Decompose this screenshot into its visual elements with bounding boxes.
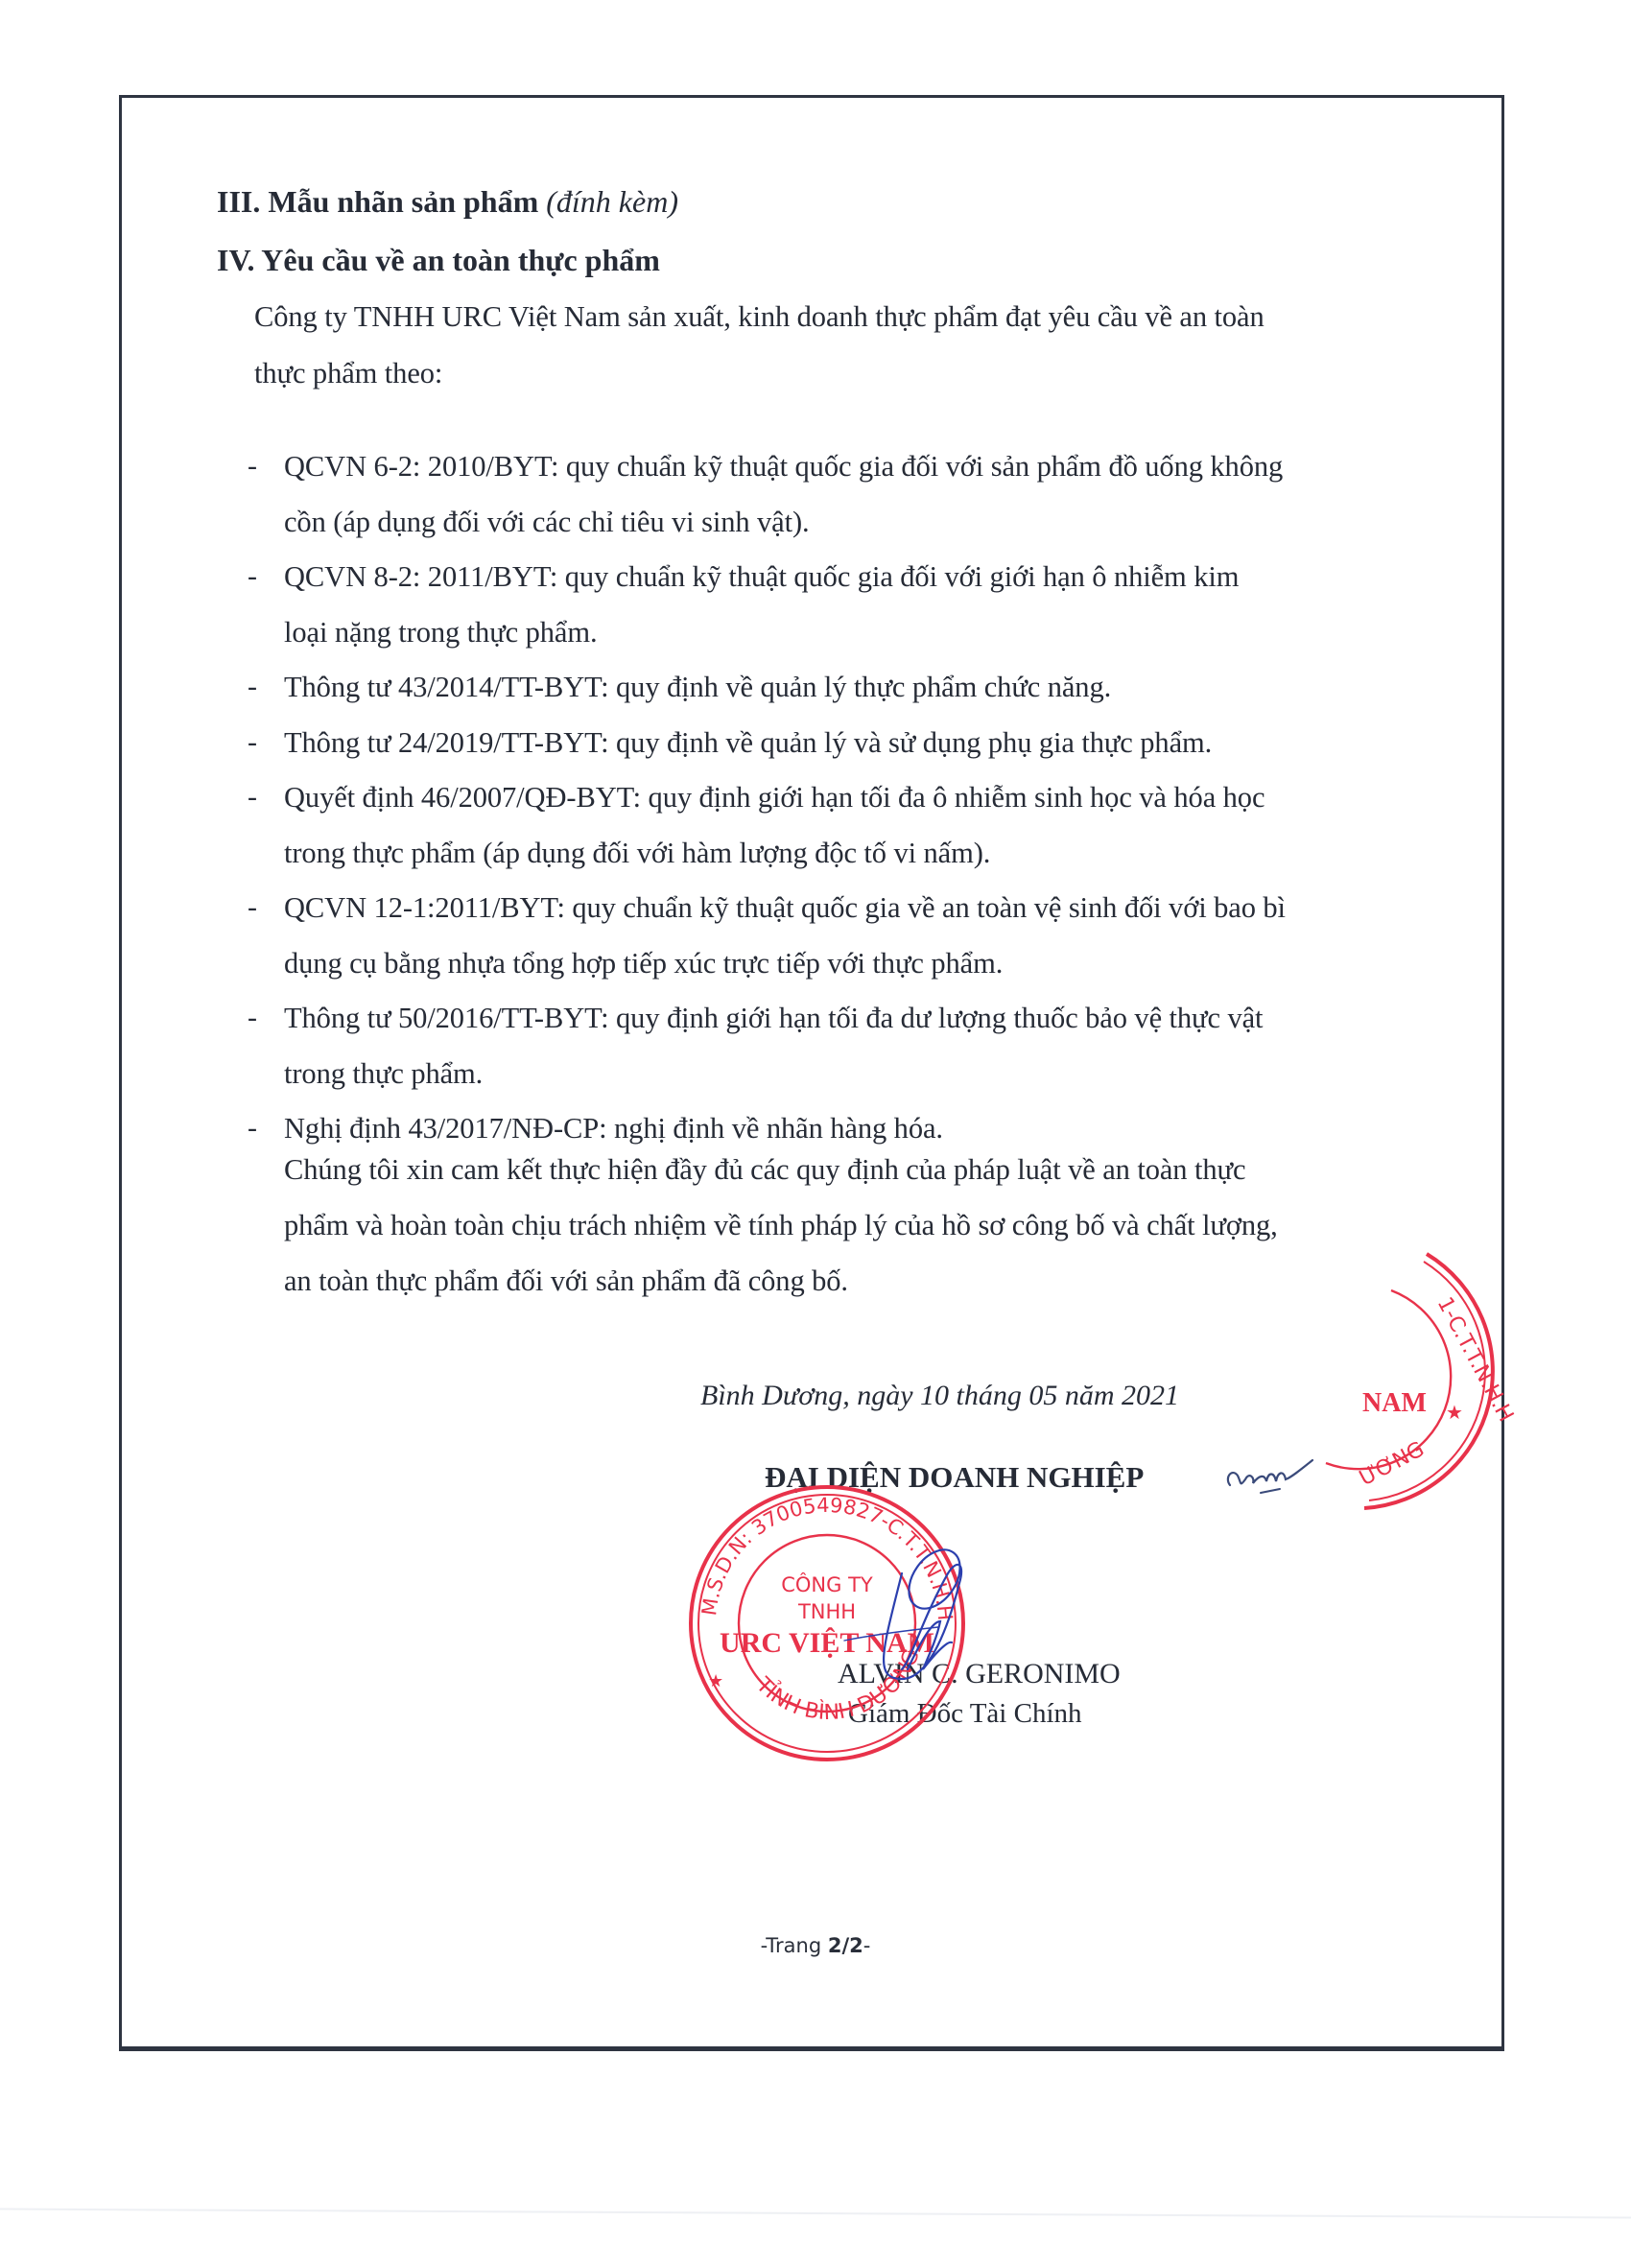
- regulation-item: Thông tư 50/2016/TT-BYT: quy định giới h…: [284, 1002, 1263, 1035]
- regulation-item: QCVN 8-2: 2011/BYT: quy chuẩn kỹ thuật q…: [284, 560, 1239, 594]
- page-suffix: -: [863, 1934, 871, 1957]
- regulation-item: Thông tư 24/2019/TT-BYT: quy định về quả…: [284, 726, 1212, 760]
- intro-line-2: thực phẩm theo:: [254, 357, 442, 390]
- handwritten-signature-icon: [844, 1535, 1036, 1679]
- bullet-dash: -: [248, 1002, 257, 1034]
- commitment-line-1: Chúng tôi xin cam kết thực hiện đầy đủ c…: [284, 1153, 1245, 1187]
- section-3-note: (đính kèm): [546, 184, 678, 219]
- regulation-item: QCVN 6-2: 2010/BYT: quy chuẩn kỹ thuật q…: [284, 450, 1283, 484]
- bullet-dash: -: [248, 1112, 257, 1145]
- commitment-line-2: phẩm và hoàn toàn chịu trách nhiệm về tí…: [284, 1209, 1278, 1242]
- regulation-item: trong thực phẩm (áp dụng đối với hàm lượ…: [284, 837, 990, 870]
- bullet-dash: -: [248, 891, 257, 924]
- commitment-line-3: an toàn thực phẩm đối với sản phẩm đã cô…: [284, 1264, 848, 1298]
- regulation-item: loại nặng trong thực phẩm.: [284, 616, 597, 650]
- section-4-heading: IV. Yêu cầu về an toàn thực phẩm: [217, 243, 660, 278]
- partial-seal-center-text: NAM: [1362, 1388, 1427, 1418]
- regulation-item: QCVN 12-1:2011/BYT: quy chuẩn kỹ thuật q…: [284, 891, 1286, 925]
- bullet-dash: -: [248, 781, 257, 814]
- regulation-item: Thông tư 43/2014/TT-BYT: quy định về quả…: [284, 671, 1111, 704]
- bullet-dash: -: [248, 726, 257, 759]
- regulation-item: Nghị định 43/2017/NĐ-CP: nghị định về nh…: [284, 1112, 943, 1146]
- regulation-item: dụng cụ bằng nhựa tổng hợp tiếp xúc trực…: [284, 947, 1003, 980]
- scan-artifact-line: [0, 2209, 1631, 2219]
- regulation-item: trong thực phẩm.: [284, 1057, 483, 1091]
- company-seal-partial-icon: 1-C.T.T.N.H.H NAM ƯƠNG ★: [1211, 1235, 1499, 1513]
- regulation-item: cồn (áp dụng đối với các chỉ tiêu vi sin…: [284, 506, 810, 539]
- page-number-value: 2/2: [828, 1934, 863, 1957]
- seal-star-icon: ★: [708, 1671, 723, 1690]
- bullet-dash: -: [248, 560, 257, 593]
- section-3-title: III. Mẫu nhãn sản phẩm: [217, 184, 538, 219]
- bullet-dash: -: [248, 671, 257, 703]
- seal-star-icon: ★: [1446, 1403, 1463, 1424]
- section-3-heading: III. Mẫu nhãn sản phẩm (đính kèm): [217, 184, 678, 220]
- page-number: -Trang 2/2-: [0, 1934, 1631, 1957]
- page-prefix: -Trang: [761, 1934, 828, 1957]
- place-and-date: Bình Dương, ngày 10 tháng 05 năm 2021: [700, 1380, 1179, 1412]
- partial-seal-bottom-text: ƯƠNG: [1356, 1437, 1429, 1491]
- intro-line-1: Công ty TNHH URC Việt Nam sản xuất, kinh…: [254, 300, 1265, 334]
- regulation-item: Quyết định 46/2007/QĐ-BYT: quy định giới…: [284, 781, 1265, 815]
- bullet-dash: -: [248, 450, 257, 483]
